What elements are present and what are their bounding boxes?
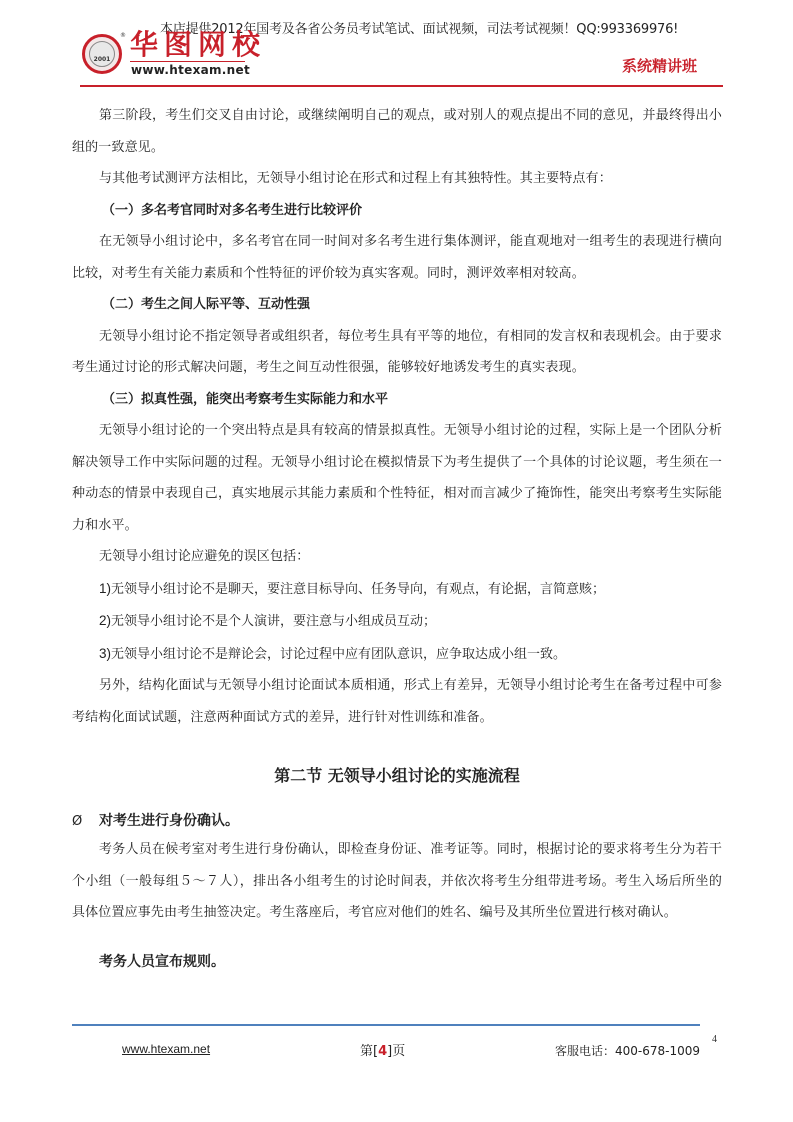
subheading-3: （三）拟真性强，能突出考察考生实际能力和水平 bbox=[72, 384, 722, 416]
page-number: 4 bbox=[378, 1044, 387, 1059]
paragraph-structured-interview: 另外，结构化面试与无领导小组讨论面试本质相通，形式上有差异，无领导小组讨论考生在… bbox=[72, 670, 722, 733]
paragraph-feature-1: 在无领导小组讨论中，多名考官在同一时间对多名考生进行集体测评，能直观地对一组考生… bbox=[72, 226, 722, 289]
brand-underline bbox=[130, 61, 245, 62]
school-emblem-icon: 2001 bbox=[82, 34, 122, 74]
list-number: 1) bbox=[99, 581, 111, 596]
list-item: 2)无领导小组讨论不是个人演讲，要注意与小组成员互动； bbox=[72, 605, 722, 638]
paragraph-pitfalls-intro: 无领导小组讨论应避免的误区包括： bbox=[72, 541, 722, 573]
list-text: 无领导小组讨论不是个人演讲，要注意与小组成员互动； bbox=[111, 614, 436, 629]
list-item: 1)无领导小组讨论不是聊天，要注意目标导向、任务导向，有观点，有论据，言简意赅； bbox=[72, 573, 722, 606]
paragraph-stage-three: 第三阶段，考生们交叉自由讨论，或继续阐明自己的观点，或对别人的观点提出不同的意见… bbox=[72, 100, 722, 163]
header-divider bbox=[80, 85, 723, 87]
bullet-heading-rules: 考务人员宣布规则。 bbox=[72, 951, 722, 971]
document-body: 第三阶段，考生们交叉自由讨论，或继续阐明自己的观点，或对别人的观点提出不同的意见… bbox=[72, 100, 722, 971]
list-text: 无领导小组讨论不是辩论会，讨论过程中应有团队意识，应争取达成小组一致。 bbox=[111, 647, 566, 662]
course-title: 系统精讲班 bbox=[622, 55, 697, 76]
list-item: 3)无领导小组讨论不是辩论会，讨论过程中应有团队意识，应争取达成小组一致。 bbox=[72, 638, 722, 671]
footer-website-link[interactable]: www.htexam.net bbox=[122, 1042, 210, 1056]
list-number: 3) bbox=[99, 646, 111, 661]
subheading-1: （一）多名考官同时对多名考生进行比较评价 bbox=[72, 195, 722, 227]
footer-page-indicator: 第[4]页 bbox=[360, 1040, 405, 1059]
paragraph-identity-check: 考务人员在候考室对考生进行身份确认，即检查身份证、准考证等。同时，根据讨论的要求… bbox=[72, 834, 722, 929]
bullet-heading-identity: Ø对考生进行身份确认。 bbox=[72, 810, 722, 830]
list-text: 无领导小组讨论不是聊天，要注意目标导向、任务导向，有观点，有论据，言简意赅； bbox=[111, 582, 605, 597]
emblem-year: 2001 bbox=[89, 41, 115, 67]
page-suffix: ]页 bbox=[387, 1044, 405, 1059]
paragraph-features-intro: 与其他考试测评方法相比，无领导小组讨论在形式和过程上有其独特性。其主要特点有： bbox=[72, 163, 722, 195]
subheading-2: （二）考生之间人际平等、互动性强 bbox=[72, 289, 722, 321]
brand-url: www.htexam.net bbox=[131, 63, 250, 77]
registered-mark-icon: ® bbox=[120, 32, 126, 39]
section-title: 第二节 无领导小组讨论的实施流程 bbox=[72, 763, 722, 786]
bullet-icon: Ø bbox=[72, 814, 99, 829]
page-prefix: 第[ bbox=[360, 1044, 378, 1059]
bullet-heading-text: 对考生进行身份确认。 bbox=[99, 813, 239, 829]
paragraph-feature-3: 无领导小组讨论的一个突出特点是具有较高的情景拟真性。无领导小组讨论的过程，实际上… bbox=[72, 415, 722, 541]
list-number: 2) bbox=[99, 613, 111, 628]
footer-divider bbox=[72, 1024, 700, 1026]
corner-page-number: 4 bbox=[712, 1034, 717, 1045]
customer-service-phone: 客服电话：400-678-1009 bbox=[555, 1042, 700, 1059]
brand-name: 华图网校 bbox=[130, 30, 266, 60]
paragraph-feature-2: 无领导小组讨论不指定领导者或组织者，每位考生具有平等的地位，有相同的发言权和表现… bbox=[72, 321, 722, 384]
